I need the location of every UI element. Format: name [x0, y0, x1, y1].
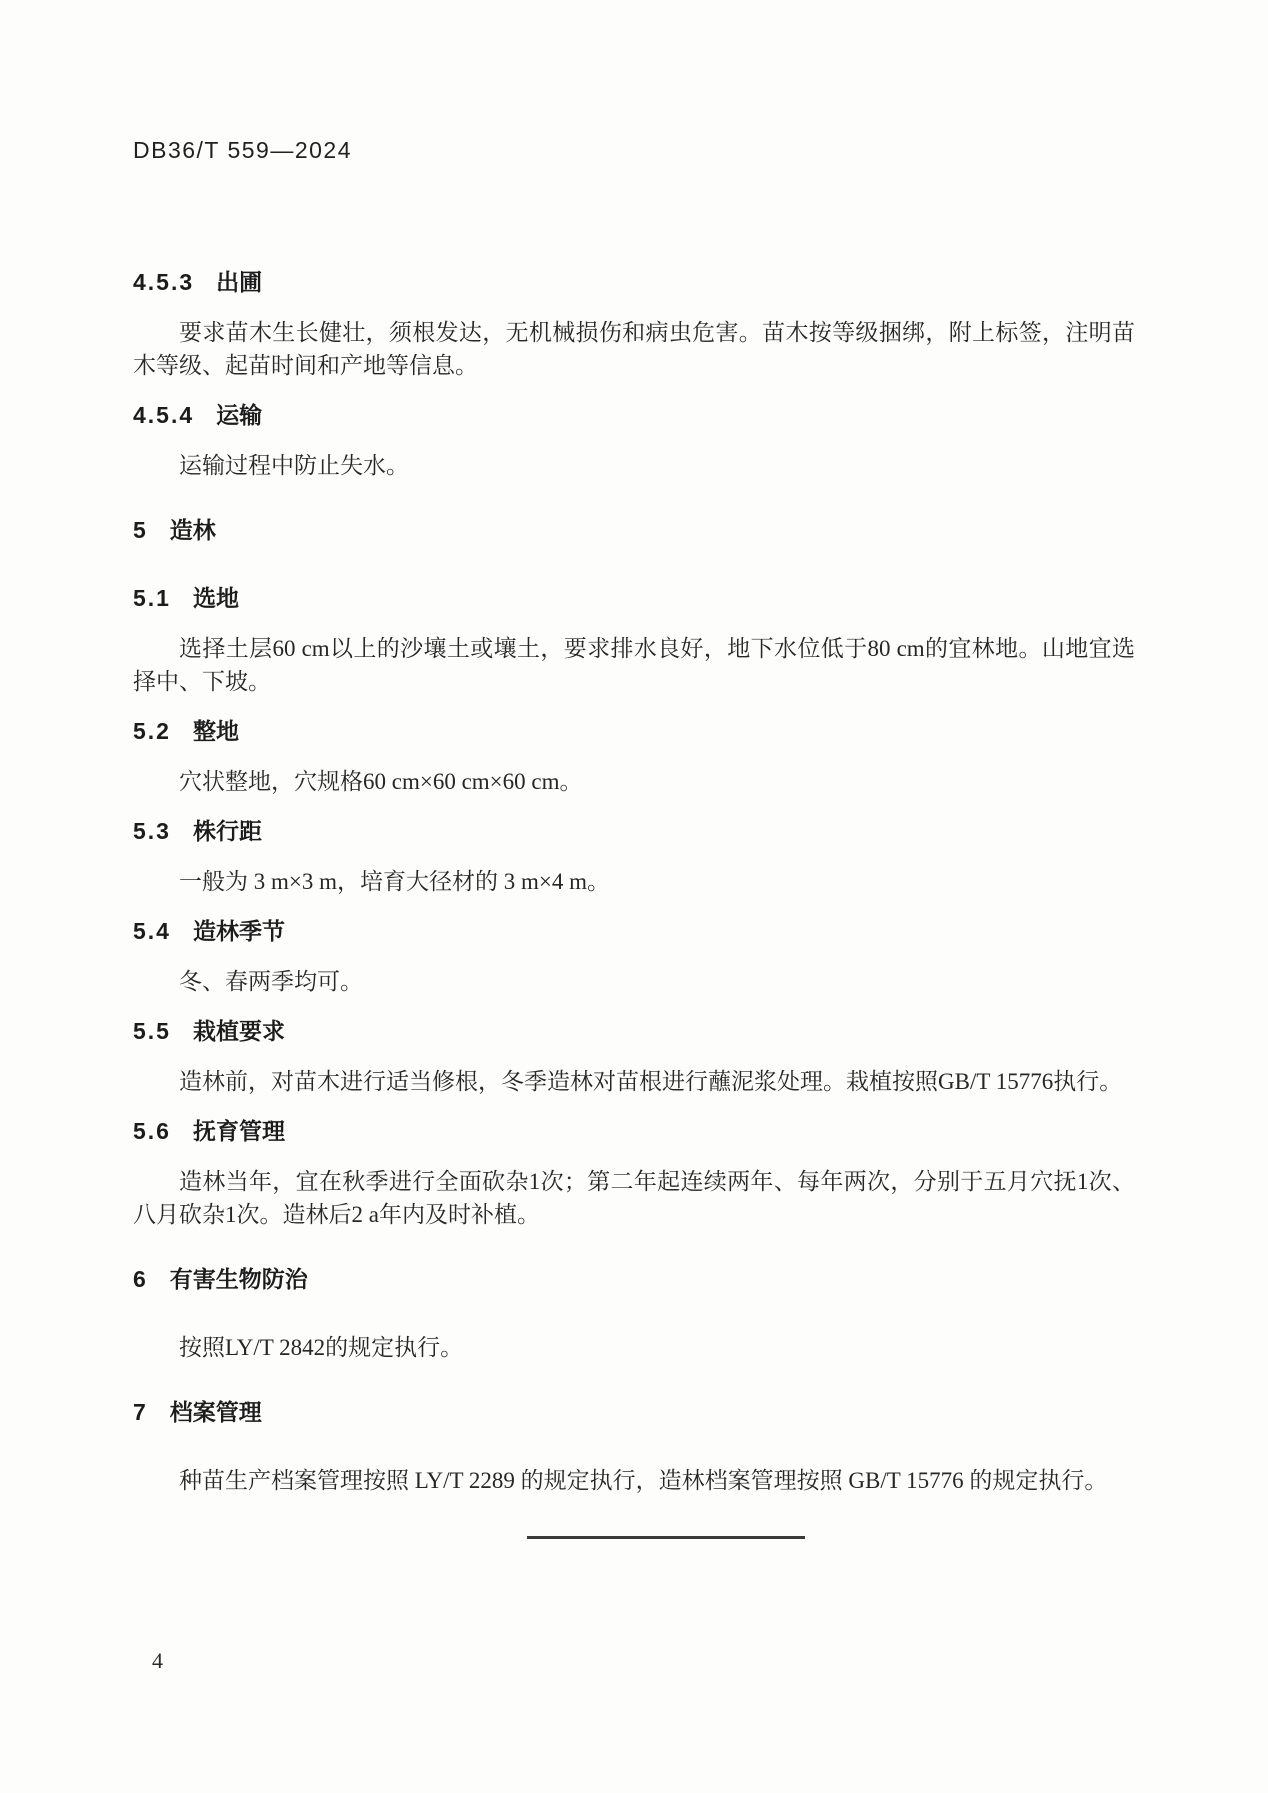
clause-heading-5-5: 5.5栽植要求	[133, 1015, 1135, 1048]
clause-number: 4.5.3	[133, 269, 194, 295]
chapter-number: 6	[133, 1266, 148, 1292]
clause-title: 株行距	[193, 818, 262, 844]
clause-number: 5.2	[133, 718, 171, 744]
clause-heading-4-5-4: 4.5.4运输	[133, 399, 1135, 432]
chapter-title: 造林	[170, 517, 216, 543]
clause-paragraph: 冬、春两季均可。	[133, 965, 1135, 998]
clause-number: 5.1	[133, 585, 171, 611]
clause-paragraph: 造林当年，宜在秋季进行全面砍杂1次；第二年起连续两年、每年两次，分别于五月穴抚1…	[133, 1165, 1135, 1231]
clause-title: 出圃	[216, 269, 262, 295]
chapter-title: 有害生物防治	[170, 1266, 308, 1292]
clause-paragraph: 要求苗木生长健壮，须根发达，无机械损伤和病虫危害。苗木按等级捆绑，附上标签，注明…	[133, 316, 1135, 382]
chapter-number: 5	[133, 517, 148, 543]
clause-paragraph: 造林前，对苗木进行适当修根，冬季造林对苗根进行蘸泥浆处理。栽植按照GB/T 15…	[133, 1065, 1135, 1098]
document-code-header: DB36/T 559—2024	[133, 134, 1135, 167]
clause-title: 选地	[193, 585, 239, 611]
clause-paragraph: 种苗生产档案管理按照 LY/T 2289 的规定执行，造林档案管理按照 GB/T…	[133, 1464, 1135, 1497]
document-page: DB36/T 559—2024 4.5.3出圃 要求苗木生长健壮，须根发达，无机…	[0, 0, 1268, 1539]
chapter-number: 7	[133, 1399, 148, 1425]
clause-paragraph: 一般为 3 m×3 m，培育大径材的 3 m×4 m。	[133, 865, 1135, 898]
clause-paragraph: 穴状整地，穴规格60 cm×60 cm×60 cm。	[133, 765, 1135, 798]
clause-heading-5-1: 5.1选地	[133, 582, 1135, 615]
page-number: 4	[152, 1648, 163, 1674]
chapter-heading-6: 6有害生物防治	[133, 1263, 1135, 1296]
clause-title: 造林季节	[193, 918, 285, 944]
chapter-title: 档案管理	[170, 1399, 262, 1425]
clause-title: 整地	[193, 718, 239, 744]
clause-paragraph: 运输过程中防止失水。	[133, 449, 1135, 482]
chapter-heading-5: 5造林	[133, 514, 1135, 547]
clause-title: 运输	[216, 402, 262, 428]
clause-number: 5.4	[133, 918, 171, 944]
clause-paragraph: 选择土层60 cm以上的沙壤土或壤土，要求排水良好，地下水位低于80 cm的宜林…	[133, 632, 1135, 698]
clause-title: 抚育管理	[193, 1118, 285, 1144]
clause-heading-5-2: 5.2整地	[133, 715, 1135, 748]
chapter-heading-7: 7档案管理	[133, 1396, 1135, 1429]
clause-number: 5.5	[133, 1018, 171, 1044]
clause-title: 栽植要求	[193, 1018, 285, 1044]
clause-heading-5-3: 5.3株行距	[133, 815, 1135, 848]
clause-heading-4-5-3: 4.5.3出圃	[133, 266, 1135, 299]
clause-paragraph: 按照LY/T 2842的规定执行。	[133, 1331, 1135, 1364]
clause-heading-5-4: 5.4造林季节	[133, 915, 1135, 948]
clause-heading-5-6: 5.6抚育管理	[133, 1115, 1135, 1148]
clause-number: 4.5.4	[133, 402, 194, 428]
document-end-rule	[527, 1536, 805, 1539]
clause-number: 5.3	[133, 818, 171, 844]
clause-number: 5.6	[133, 1118, 171, 1144]
